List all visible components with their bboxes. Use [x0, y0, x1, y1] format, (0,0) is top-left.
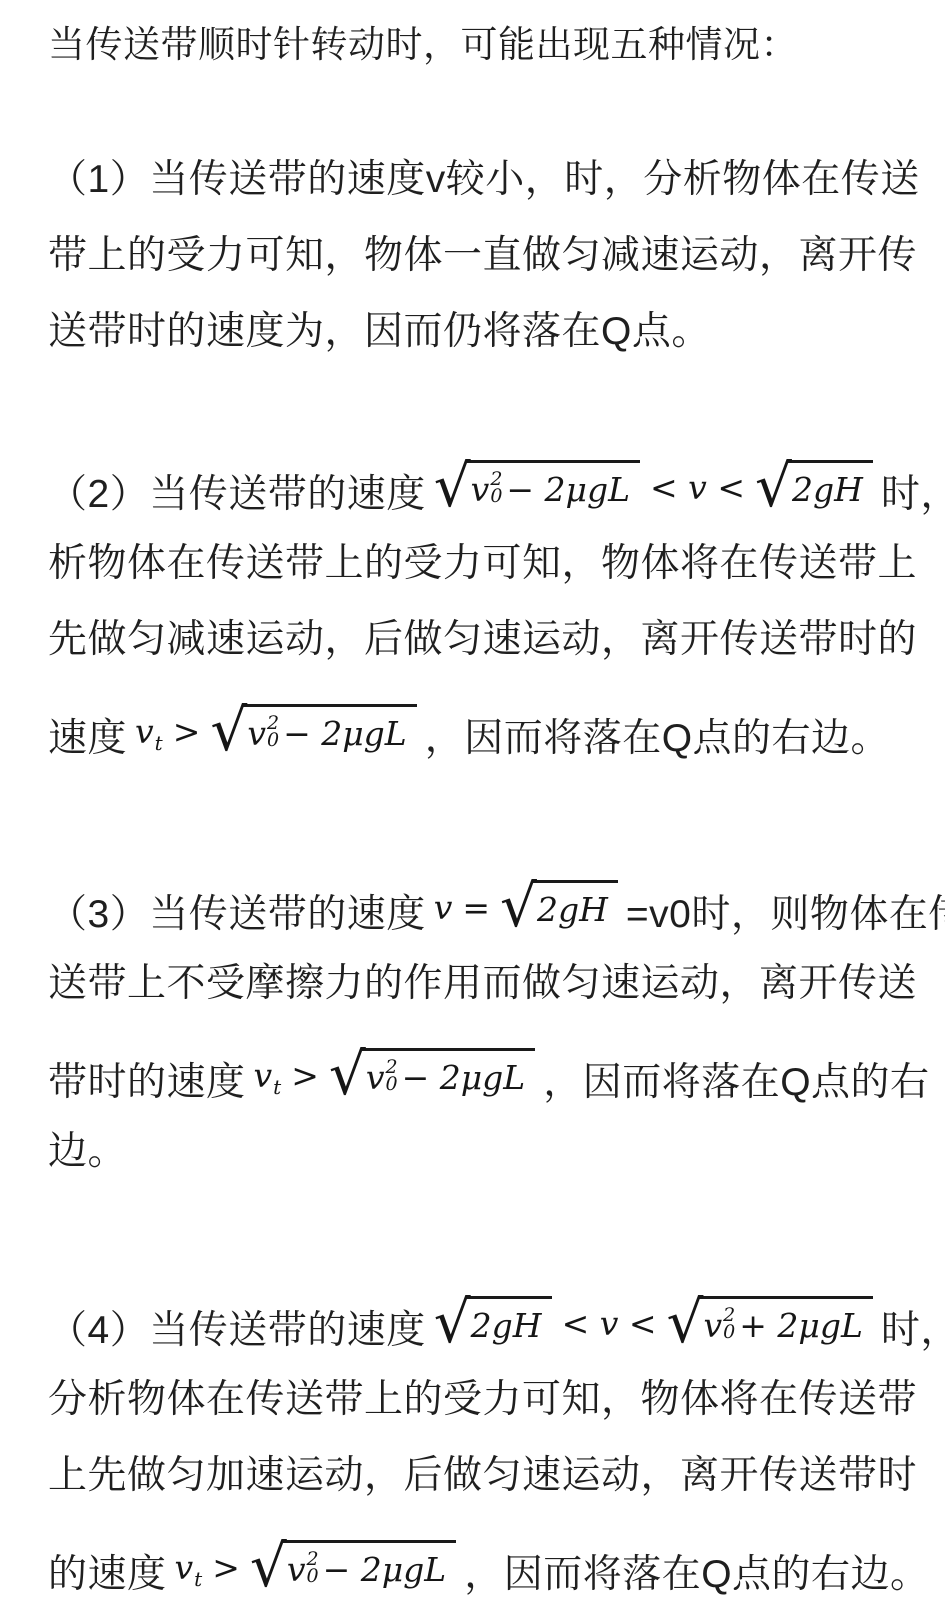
term-2gh: 2gH: [537, 890, 608, 929]
subscript-0: 0: [386, 1076, 398, 1093]
text-segment: （3）当传送带的速度: [48, 892, 426, 946]
subscript-t: t: [273, 1077, 281, 1097]
radical-sign-icon: √: [329, 1049, 366, 1099]
radical-sign-icon: √: [500, 881, 537, 931]
var-v: v: [366, 1058, 385, 1097]
subscript-t: t: [155, 733, 163, 753]
radical-sign-icon: √: [434, 461, 471, 511]
section-4: （4）当传送带的速度 √ 2gH < v < √ v20+ 2μgL 时， 分: [48, 1270, 909, 1606]
page-title: 当传送带顺时针转动时，可能出现五种情况：: [48, 0, 909, 74]
var-v: v: [175, 1548, 194, 1587]
op-lt-v-lt: < v <: [650, 468, 745, 507]
sqrt-2gh: √ 2gH: [500, 880, 618, 934]
text-line: 析物体在传送带上的受力可知，物体将在传送带上: [48, 526, 909, 602]
section-1: （1）当传送带的速度v较小，时，分析物体在传送 带上的受力可知，物体一直做匀减速…: [48, 142, 909, 370]
text-line-with-formula: （2）当传送带的速度 √ v20− 2μgL < v < √ 2gH 时，分: [48, 434, 909, 526]
text-segment: ，因而将落在Q点的右边。: [425, 716, 890, 770]
minus-2ugl-term: − 2μgL: [402, 1058, 526, 1097]
op-lt-v-lt: < v <: [562, 1304, 657, 1343]
sup-sub-stack: 20: [490, 471, 502, 505]
op-greater-than: >: [173, 712, 201, 751]
subscript-0: 0: [307, 1568, 319, 1585]
radicand: v20+ 2μgL: [699, 1296, 872, 1350]
text-segment: 速度: [48, 716, 127, 770]
sqrt-2gh: √ 2gH: [434, 1296, 552, 1350]
radicand: 2gH: [788, 460, 873, 514]
radicand: v20− 2μgL: [243, 704, 416, 758]
radical-sign-icon: √: [250, 1541, 287, 1591]
sup-sub-stack: 20: [386, 1059, 398, 1093]
subscript-t: t: [194, 1569, 202, 1589]
text-line: 分析物体在传送带上的受力可知，物体将在传送带: [48, 1362, 909, 1438]
text-line-with-formula: （3）当传送带的速度 v = √ 2gH =v0时，则物体在传: [48, 854, 909, 946]
formula-exit-speed: vt > √ v20− 2μgL: [135, 704, 417, 758]
radicand: v20− 2μgL: [283, 1540, 456, 1594]
op-greater-than: >: [212, 1548, 240, 1587]
var-v: v: [135, 712, 154, 751]
subscript-0: 0: [723, 1324, 735, 1341]
text-segment: （4）当传送带的速度: [48, 1308, 426, 1362]
text-line: 先做匀减速运动，后做匀速运动，离开传送带时的: [48, 602, 909, 678]
text-segment: =v0时，则物体在传: [626, 892, 945, 946]
sqrt-v0sq-minus-2ugl: √ v20− 2μgL: [210, 704, 416, 758]
text-line: 边。: [48, 1114, 909, 1190]
text-line-with-formula: 带时的速度 vt > √ v20− 2μgL ，因而将落在Q点的右: [48, 1022, 909, 1114]
text-line: 送带时的速度为，因而仍将落在Q点。: [48, 294, 909, 370]
op-greater-than: >: [291, 1056, 319, 1095]
var-v-sub-t: vt: [135, 712, 163, 751]
plus-2ugl-term: + 2μgL: [739, 1306, 863, 1345]
term-2gh: 2gH: [792, 470, 863, 509]
radicand: 2gH: [467, 1296, 552, 1350]
text-line-with-formula: （4）当传送带的速度 √ 2gH < v < √ v20+ 2μgL 时，: [48, 1270, 909, 1362]
text-line-with-formula: 的速度 vt > √ v20− 2μgL ，因而将落在Q点的右边。: [48, 1514, 909, 1606]
text-line: 带上的受力可知，物体一直做匀减速运动，离开传: [48, 218, 909, 294]
sqrt-v0sq-minus-2ugl: √ v20− 2μgL: [250, 1540, 456, 1594]
radical-sign-icon: √: [667, 1297, 704, 1347]
var-v: v: [434, 888, 453, 927]
text-line: 送带上不受摩擦力的作用而做匀速运动，离开传送: [48, 946, 909, 1022]
text-segment: 时，分: [881, 472, 945, 526]
text-line-with-formula: 速度 vt > √ v20− 2μgL ，因而将落在Q点的右边。: [48, 678, 909, 770]
text-line: （1）当传送带的速度v较小，时，分析物体在传送: [48, 142, 909, 218]
formula-exit-speed: vt > √ v20− 2μgL: [175, 1540, 457, 1594]
radicand: v20− 2μgL: [362, 1048, 535, 1102]
var-v: v: [703, 1306, 722, 1345]
sup-sub-stack: 20: [307, 1551, 319, 1585]
radical-sign-icon: √: [210, 705, 247, 755]
var-v-sub-t: vt: [254, 1056, 282, 1095]
formula-speed-range-lower: √ v20− 2μgL < v < √ 2gH: [434, 460, 873, 514]
formula-speed-range-upper: √ 2gH < v < √ v20+ 2μgL: [434, 1296, 873, 1350]
sqrt-v0sq-minus-2ugl: √ v20− 2μgL: [434, 460, 640, 514]
minus-2ugl-term: − 2μgL: [506, 470, 630, 509]
sqrt-v0sq-minus-2ugl: √ v20− 2μgL: [329, 1048, 535, 1102]
subscript-0: 0: [267, 732, 279, 749]
text-segment: 时，: [881, 1308, 945, 1362]
var-v: v: [287, 1550, 306, 1589]
var-v: v: [254, 1056, 273, 1095]
formula-exit-speed: vt > √ v20− 2μgL: [254, 1048, 536, 1102]
var-v: v: [471, 470, 490, 509]
radicand: 2gH: [533, 880, 618, 934]
text-line: 上先做匀加速运动，后做匀速运动，离开传送带时: [48, 1438, 909, 1514]
section-3: （3）当传送带的速度 v = √ 2gH =v0时，则物体在传 送带上不受摩擦力…: [48, 854, 909, 1190]
minus-2ugl-term: − 2μgL: [323, 1550, 447, 1589]
radical-sign-icon: √: [755, 461, 792, 511]
subscript-0: 0: [490, 488, 502, 505]
term-2gh: 2gH: [471, 1306, 542, 1345]
formula-v-equals-sqrt-2gh: v = √ 2gH: [434, 880, 618, 934]
var-v: v: [247, 714, 266, 753]
text-segment: 带时的速度: [48, 1060, 246, 1114]
text-segment: ，因而将落在Q点的右: [543, 1060, 929, 1114]
op-equals: =: [462, 888, 490, 927]
radicand: v20− 2μgL: [467, 460, 640, 514]
section-2: （2）当传送带的速度 √ v20− 2μgL < v < √ 2gH 时，分: [48, 434, 909, 770]
document-page: 当传送带顺时针转动时，可能出现五种情况： （1）当传送带的速度v较小，时，分析物…: [0, 0, 945, 1606]
sup-sub-stack: 20: [723, 1307, 735, 1341]
text-segment: （2）当传送带的速度: [48, 472, 426, 526]
sqrt-2gh: √ 2gH: [755, 460, 873, 514]
var-v-sub-t: vt: [175, 1548, 203, 1587]
sup-sub-stack: 20: [267, 715, 279, 749]
text-segment: ，因而将落在Q点的右边。: [464, 1552, 929, 1606]
sqrt-v0sq-plus-2ugl: √ v20+ 2μgL: [667, 1296, 873, 1350]
radical-sign-icon: √: [434, 1297, 471, 1347]
minus-2ugl-term: − 2μgL: [283, 714, 407, 753]
text-segment: 的速度: [48, 1552, 167, 1606]
